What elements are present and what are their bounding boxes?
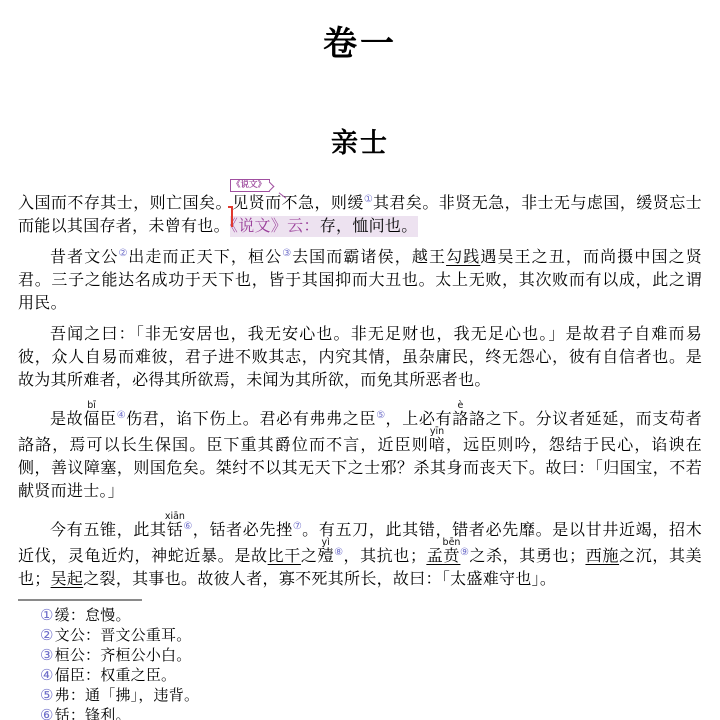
footnote-ref[interactable]: ③ xyxy=(282,248,292,259)
text-segment: 伤君，谄下伤上。君必有弗弗之臣 xyxy=(126,411,376,428)
paragraph: 入国而不存其士，则亡国矣。《说文》见贤而不急，则缓①其君矣。非贤无急，非士无与虑… xyxy=(18,192,702,238)
footnote-ref[interactable]: ⑤ xyxy=(376,410,385,421)
volume-title: 卷一 xyxy=(0,0,720,65)
footnote-number: ① xyxy=(40,608,54,624)
proper-noun: 孟 xyxy=(426,548,443,565)
proper-noun: 比干 xyxy=(268,548,301,565)
footnote-item: ③桓公：齐桓公小白。 xyxy=(18,646,702,666)
pinyin-label: è xyxy=(452,400,468,411)
footnote-item: ④偪臣：权重之臣。 xyxy=(18,666,702,686)
footnote-ref[interactable]: ④ xyxy=(117,410,126,421)
text-segment: 入国而不存其士，则亡国矣。 xyxy=(18,195,232,212)
footnote-text: 铦：锋利。 xyxy=(55,708,131,720)
pinyin-ruby: 詻è xyxy=(452,411,469,428)
paragraph: 今有五锥，此其铦xiān⑥，铦者必先挫⑦。有五刀，此其错，错者必先靡。是以甘井近… xyxy=(18,511,702,591)
footnotes-section: ①缓：怠慢。②文公：晋文公重耳。③桓公：齐桓公小白。④偪臣：权重之臣。⑤弗：通「… xyxy=(0,599,720,720)
footnote-text: 桓公：齐桓公小白。 xyxy=(55,648,192,664)
text-segment: 出走而正天下，桓公 xyxy=(128,249,282,266)
annotation-highlight: 存，恤问也。 xyxy=(320,216,418,237)
footnote-number: ③ xyxy=(40,648,54,664)
pinyin-ruby: 铦xiān xyxy=(167,522,183,539)
text-segment: 之 xyxy=(301,548,318,565)
chapter-title: 亲士 xyxy=(0,65,720,159)
footnote-text: 偪臣：权重之臣。 xyxy=(55,668,177,684)
footnote-item: ②文公：晋文公重耳。 xyxy=(18,626,702,646)
text-segment: 臣 xyxy=(100,411,117,428)
footnote-number: ⑥ xyxy=(40,708,54,720)
footnote-ref[interactable]: ⑥ xyxy=(183,521,193,532)
text-segment: ，其抗也； xyxy=(343,548,426,565)
paragraph: 昔者文公②出走而正天下，桓公③去国而霸诸侯，越王勾践遇吴王之丑，而尚摄中国之贤君… xyxy=(18,246,702,315)
pinyin-label: bī xyxy=(83,400,99,411)
pinyin-ruby: 喑yīn xyxy=(429,437,446,454)
text-segment: 是故 xyxy=(50,411,83,428)
footnote-item: ⑥铦：锋利。 xyxy=(18,706,702,720)
text-segment: 今有五锥，此其 xyxy=(50,522,167,539)
proper-noun: 吴起 xyxy=(51,571,84,588)
body-text: 入国而不存其士，则亡国矣。《说文》见贤而不急，则缓①其君矣。非贤无急，非士无与虑… xyxy=(0,192,720,591)
pinyin-label: bēn xyxy=(443,537,461,548)
footnote-number: ② xyxy=(40,628,54,644)
annotation-source-label: 《说文》云： xyxy=(230,216,320,237)
pinyin-label: xiān xyxy=(165,511,185,522)
footnote-text: 缓：怠慢。 xyxy=(55,608,131,624)
book-page: 卷一 亲士 入国而不存其士，则亡国矣。《说文》见贤而不急，则缓①其君矣。非贤无急… xyxy=(0,0,720,720)
paragraph: 是故偪bī臣④伤君，谄下伤上。君必有弗弗之臣⑤，上必有詻è詻之下。分议者延延，而… xyxy=(18,400,702,503)
footnote-text: 文公：晋文公重耳。 xyxy=(55,628,192,644)
footnote-item: ⑤弗：通「拂」，违背。 xyxy=(18,686,702,706)
footnote-number: ④ xyxy=(40,668,54,684)
proper-noun: 贲bēn xyxy=(443,548,459,565)
pinyin-ruby: 偪bī xyxy=(83,411,100,428)
footnote-ref[interactable]: ⑨ xyxy=(460,547,470,558)
footnote-ref[interactable]: ⑦ xyxy=(293,521,302,532)
text-segment: 去国而霸诸侯，越王 xyxy=(292,249,446,266)
proper-noun: 西施 xyxy=(585,548,619,565)
text-segment: ，铦者必先挫 xyxy=(193,522,293,539)
text-segment: 见贤而不急，则缓 xyxy=(232,195,364,212)
text-segment: 之杀，其勇也； xyxy=(469,548,585,565)
text-segment: 之裂，其事也。故彼人者，寡不死其所长，故曰：「太盛难守也」。 xyxy=(83,571,556,588)
footnote-ref[interactable]: ② xyxy=(118,248,128,259)
paragraph: 吾闻之曰：「非无安居也，我无安心也。非无足财也，我无足心也。」是故君子自难而易彼… xyxy=(18,323,702,392)
text-segment: 吾闻之曰：「非无安居也，我无安心也。非无足财也，我无足心也。」是故君子自难而易彼… xyxy=(18,326,702,389)
footnote-text: 弗：通「拂」，违背。 xyxy=(55,688,200,704)
pinyin-label: yīn xyxy=(429,426,445,437)
footnote-ref[interactable]: ① xyxy=(364,194,373,205)
pinyin-label: yì xyxy=(318,537,334,548)
footnote-list: ①缓：怠慢。②文公：晋文公重耳。③桓公：齐桓公小白。④偪臣：权重之臣。⑤弗：通「… xyxy=(18,606,702,720)
footnote-separator xyxy=(18,599,142,601)
proper-noun: 勾践 xyxy=(446,249,480,266)
pinyin-ruby: 殪yì xyxy=(318,548,335,565)
shuowen-annotation-tag[interactable]: 《说文》 xyxy=(230,179,270,192)
text-segment: 昔者文公 xyxy=(50,249,118,266)
footnote-item: ①缓：怠慢。 xyxy=(18,606,702,626)
footnote-number: ⑤ xyxy=(40,688,54,704)
